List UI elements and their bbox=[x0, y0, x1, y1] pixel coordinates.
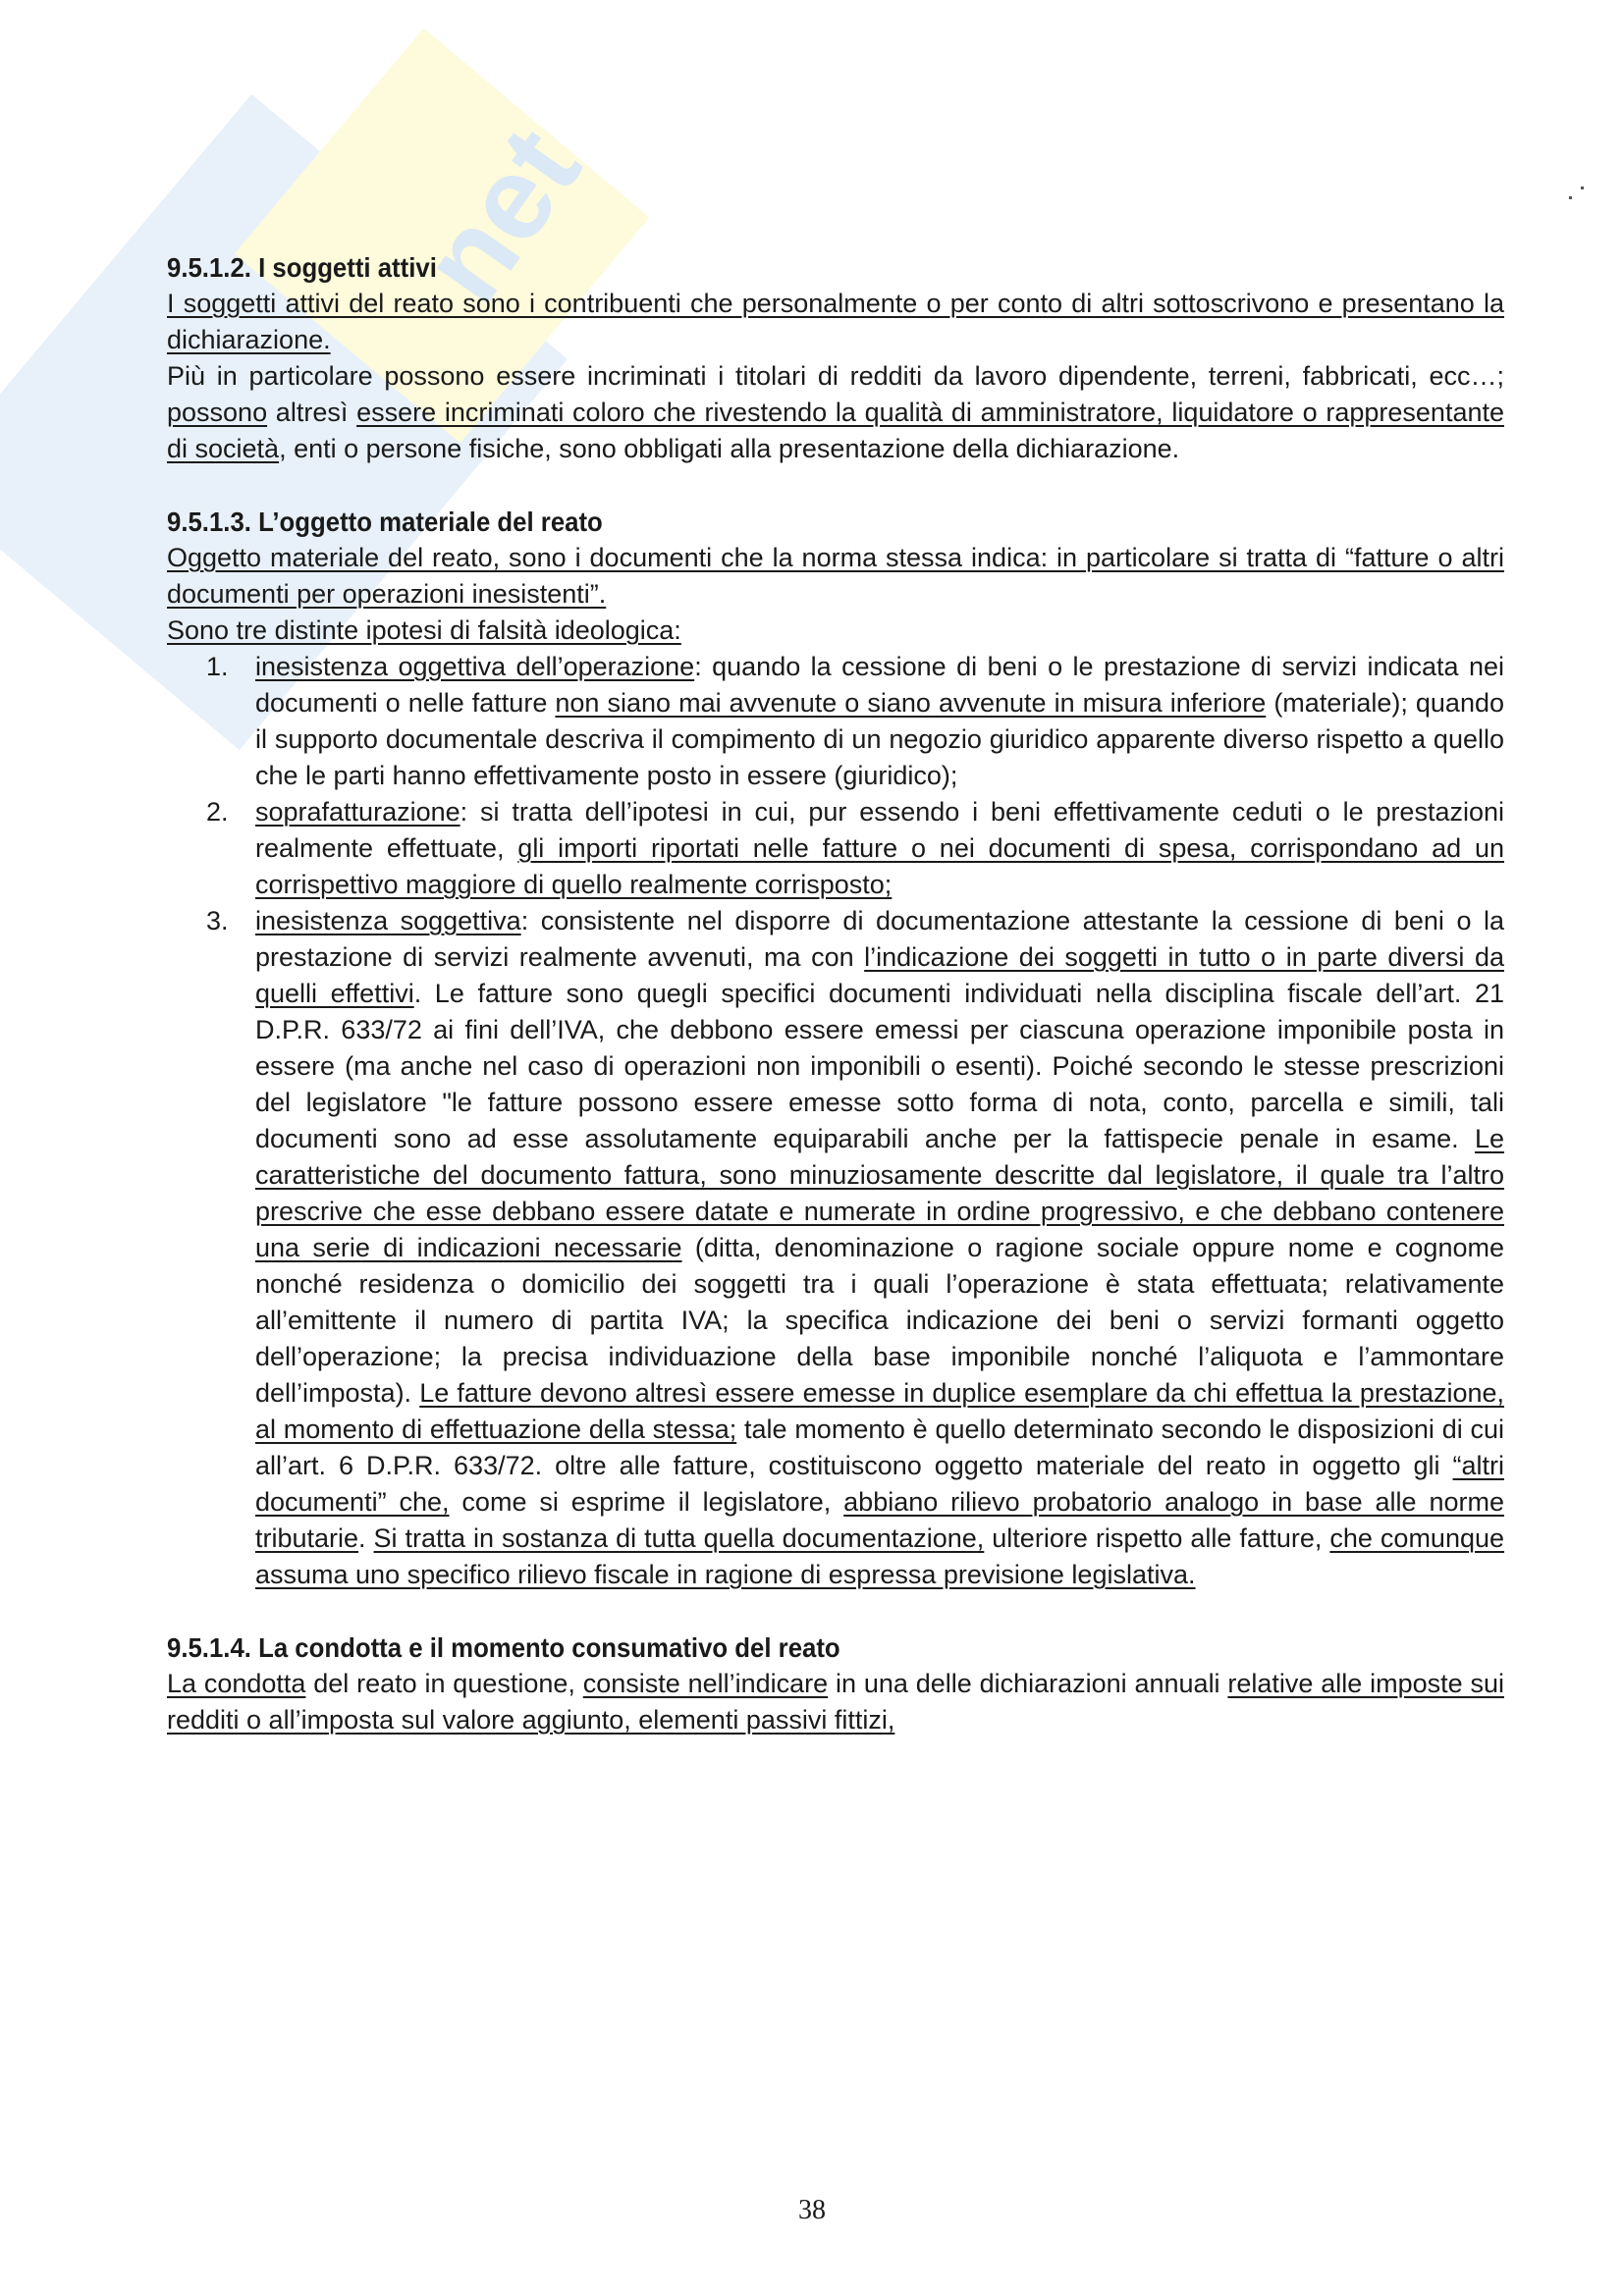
underlined-text: La condotta bbox=[167, 1669, 305, 1698]
underlined-text: Si tratta in sostanza di tutta quella do… bbox=[374, 1523, 985, 1553]
text-run: altresì bbox=[267, 398, 356, 427]
text-run: in una delle dichiarazioni annuali bbox=[828, 1669, 1227, 1698]
text-run: Più in particolare possono essere incrim… bbox=[167, 361, 1504, 391]
underlined-text: consiste nell’indicare bbox=[583, 1669, 828, 1698]
underlined-text: soprafatturazione bbox=[255, 797, 460, 827]
underlined-text: inesistenza soggettiva bbox=[255, 906, 521, 935]
list-item-text: soprafatturazione: si tratta dell’ipotes… bbox=[255, 797, 1504, 899]
list-item-number: 3. bbox=[206, 903, 229, 939]
text-run: . Le fatture sono quegli specifici docum… bbox=[255, 979, 1504, 1153]
list-item-text: inesistenza soggettiva: consistente nel … bbox=[255, 906, 1504, 1589]
paragraph: Sono tre distinte ipotesi di falsità ide… bbox=[167, 613, 1504, 649]
page-number: 38 bbox=[0, 2195, 1624, 2226]
scan-speck bbox=[1569, 196, 1572, 199]
text-run: . bbox=[358, 1523, 374, 1553]
paragraph: Più in particolare possono essere incrim… bbox=[167, 358, 1504, 467]
paragraph: La condotta del reato in questione, cons… bbox=[167, 1666, 1504, 1738]
list-item-number: 1. bbox=[206, 649, 229, 685]
list-item: 1. inesistenza oggettiva dell’operazione… bbox=[167, 649, 1504, 794]
section-heading: 9.5.1.3. L’oggetto materiale del reato bbox=[167, 505, 1397, 540]
text-run: del reato in questione, bbox=[305, 1669, 582, 1698]
section-heading: 9.5.1.2. I soggetti attivi bbox=[167, 250, 1397, 286]
list-item-number: 2. bbox=[206, 794, 229, 830]
text-run: ulteriore rispetto alle fatture, bbox=[984, 1523, 1329, 1553]
document-page: net 9.5.1.2. I soggetti attivi I soggett… bbox=[0, 0, 1624, 2296]
underlined-text: non siano mai avvenute o siano avvenute … bbox=[555, 688, 1266, 718]
paragraph: Oggetto materiale del reato, sono i docu… bbox=[167, 540, 1504, 613]
section-oggetto-materiale: 9.5.1.3. L’oggetto materiale del reato O… bbox=[167, 505, 1504, 1593]
underlined-text: I soggetti attivi del reato sono i contr… bbox=[167, 289, 1504, 354]
section-heading: 9.5.1.4. La condotta e il momento consum… bbox=[167, 1630, 1397, 1666]
underlined-text: possono bbox=[167, 398, 267, 427]
list-item: 3. inesistenza soggettiva: consistente n… bbox=[167, 903, 1504, 1593]
scan-speck bbox=[1581, 187, 1584, 189]
falsity-hypotheses-list: 1. inesistenza oggettiva dell’operazione… bbox=[167, 649, 1504, 1593]
list-item: 2. soprafatturazione: si tratta dell’ipo… bbox=[167, 794, 1504, 903]
text-run: come si esprime il legislatore, bbox=[450, 1487, 844, 1517]
paragraph: I soggetti attivi del reato sono i contr… bbox=[167, 286, 1504, 358]
underlined-text: Oggetto materiale del reato, sono i docu… bbox=[167, 543, 1504, 609]
section-condotta: 9.5.1.4. La condotta e il momento consum… bbox=[167, 1630, 1504, 1738]
document-body: 9.5.1.2. I soggetti attivi I soggetti at… bbox=[167, 250, 1504, 1776]
text-run: , enti o persone fisiche, sono obbligati… bbox=[279, 434, 1179, 463]
underlined-text: inesistenza oggettiva dell’operazione bbox=[255, 652, 694, 681]
section-soggetti-attivi: 9.5.1.2. I soggetti attivi I soggetti at… bbox=[167, 250, 1504, 467]
underlined-text: Sono tre distinte ipotesi di falsità ide… bbox=[167, 615, 681, 645]
list-item-text: inesistenza oggettiva dell’operazione: q… bbox=[255, 652, 1504, 790]
